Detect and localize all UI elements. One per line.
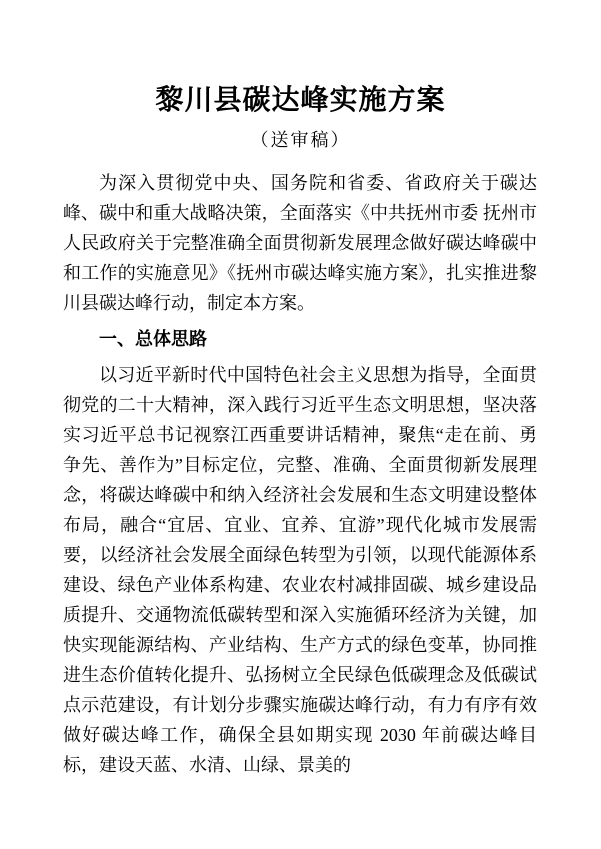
document-page: 黎川县碳达峰实施方案 （送审稿） 为深入贯彻党中央、国务院和省委、省政府关于碳达… [0,0,601,849]
intro-paragraph: 为深入贯彻党中央、国务院和省委、省政府关于碳达峰、碳中和重大战略决策，全面落实《… [63,168,537,318]
document-body: 为深入贯彻党中央、国务院和省委、省政府关于碳达峰、碳中和重大战略决策，全面落实《… [63,168,537,780]
section-paragraph: 以习近平新时代中国特色社会主义思想为指导，全面贯彻党的二十大精神，深入践行习近平… [63,360,537,780]
document-title: 黎川县碳达峰实施方案 [0,84,601,117]
document-subtitle: （送审稿） [0,126,601,154]
section-heading: 一、总体思路 [63,324,537,354]
